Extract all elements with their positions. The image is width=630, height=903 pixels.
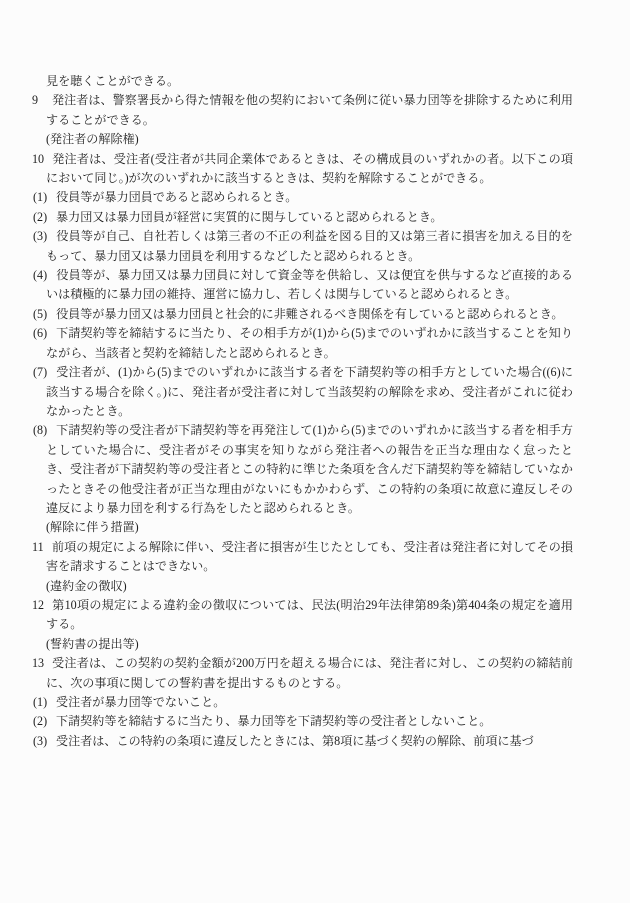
subclause-number: (7) (33, 363, 56, 382)
subclause-number: (1) (33, 188, 56, 207)
clause-number: 11 (32, 538, 52, 557)
subclause-number: (8) (33, 421, 56, 440)
subclause-10-4: (4)役員等が、暴力団又は暴力団員に対して資金等を供給し、又は便宜を供与するなど… (46, 266, 573, 305)
clause-text: 受注者は、この契約の契約金額が200万円を超える場合には、発注者に対し、この契約… (46, 656, 573, 689)
subclause-10-2: (2)暴力団又は暴力団員が経営に実質的に関与していると認められるとき。 (46, 208, 573, 227)
subclause-number: (3) (33, 732, 56, 751)
clause-text: 発注者は、受注者(受注者が共同企業体であるときは、その構成員のいずれかの者。以下… (46, 152, 573, 185)
clause-number: 13 (32, 654, 52, 673)
clause-number: 9 (32, 91, 52, 110)
subclause-number: (1) (33, 693, 56, 712)
subclause-number: (2) (33, 208, 56, 227)
clause-item-10: 10発注者は、受注者(受注者が共同企業体であるときは、その構成員のいずれかの者。… (46, 150, 573, 189)
subclause-number: (2) (33, 712, 56, 731)
subclause-number: (4) (33, 266, 56, 285)
subclause-text: 役員等が、暴力団又は暴力団員に対して資金等を供給し、又は便宜を供与するなど直接的… (46, 268, 573, 301)
subclause-13-1: (1)受注者が暴力団等でないこと。 (46, 693, 573, 712)
section-heading-iyakukin: (違約金の徴収) (46, 577, 573, 596)
document-page: 見を聴くことができる。 9発注者は、警察署長から得た情報を他の契約において条例に… (0, 0, 630, 903)
subclause-text: 受注者が暴力団等でないこと。 (56, 695, 225, 709)
subclause-13-2: (2)下請契約等を締結するに当たり、暴力団等を下請契約等の受注者としないこと。 (46, 712, 573, 731)
section-heading-seiyakusho: (誓約書の提出等) (46, 635, 573, 654)
subclause-text: 下請契約等を締結するに当たり、暴力団等を下請契約等の受注者としないこと。 (56, 714, 491, 728)
clause-text: 前項の規定による解除に伴い、受注者に損害が生じたとしても、受注者は発注者に対して… (46, 540, 573, 573)
subclause-13-3: (3)受注者は、この特約の条項に違反したときには、第8項に基づく契約の解除、前項… (46, 732, 573, 751)
clause-text: 発注者は、警察署長から得た情報を他の契約において条例に従い暴力団等を排除するため… (46, 93, 573, 126)
subclause-text: 暴力団又は暴力団員が経営に実質的に関与していると認められるとき。 (56, 210, 443, 224)
subclause-10-8: (8)下請契約等の受注者が下請契約等を再発注して(1)から(5)までのいずれかに… (46, 421, 573, 518)
subclause-number: (3) (33, 227, 56, 246)
clause-number: 12 (32, 596, 52, 615)
subclause-text: 役員等が自己、自社若しくは第三者の不正の利益を図る目的又は第三者に損害を加える目… (46, 229, 573, 262)
clause-item-11: 11前項の規定による解除に伴い、受注者に損害が生じたとしても、受注者は発注者に対… (46, 538, 573, 577)
subclause-text: 役員等が暴力団員であると認められるとき。 (56, 190, 297, 204)
subclause-text: 下請契約等を締結するに当たり、その相手方が(1)から(5)までのいずれかに該当す… (46, 326, 573, 359)
clause-number: 10 (32, 150, 52, 169)
subclause-text: 役員等が暴力団又は暴力団員と社会的に非難されるべき関係を有していると認められると… (56, 307, 563, 321)
subclause-10-5: (5)役員等が暴力団又は暴力団員と社会的に非難されるべき関係を有していると認めら… (46, 305, 573, 324)
clause-text: 第10項の規定による違約金の徴収については、民法(明治29年法律第89条)第40… (46, 598, 573, 631)
subclause-text: 下請契約等の受注者が下請契約等を再発注して(1)から(5)までのいずれかに該当す… (46, 423, 573, 515)
clause-item-13: 13受注者は、この契約の契約金額が200万円を超える場合には、発注者に対し、この… (46, 654, 573, 693)
subclause-number: (6) (33, 324, 56, 343)
clause-item-12: 12第10項の規定による違約金の徴収については、民法(明治29年法律第89条)第… (46, 596, 573, 635)
paragraph-carryover: 見を聴くことができる。 (46, 72, 573, 91)
subclause-text: 受注者は、この特約の条項に違反したときには、第8項に基づく契約の解除、前項に基づ (56, 734, 534, 748)
subclause-10-6: (6)下請契約等を締結するに当たり、その相手方が(1)から(5)までのいずれかに… (46, 324, 573, 363)
section-heading-kaijoken: (発注者の解除権) (46, 130, 573, 149)
clause-item-9: 9発注者は、警察署長から得た情報を他の契約において条例に従い暴力団等を排除するた… (46, 91, 573, 130)
subclause-number: (5) (33, 305, 56, 324)
subclause-10-3: (3)役員等が自己、自社若しくは第三者の不正の利益を図る目的又は第三者に損害を加… (46, 227, 573, 266)
subclause-10-1: (1)役員等が暴力団員であると認められるとき。 (46, 188, 573, 207)
subclause-text: 受注者が、(1)から(5)までのいずれかに該当する者を下請契約等の相手方としてい… (46, 365, 573, 418)
subclause-10-7: (7)受注者が、(1)から(5)までのいずれかに該当する者を下請契約等の相手方と… (46, 363, 573, 421)
section-heading-sochi: (解除に伴う措置) (46, 518, 573, 537)
